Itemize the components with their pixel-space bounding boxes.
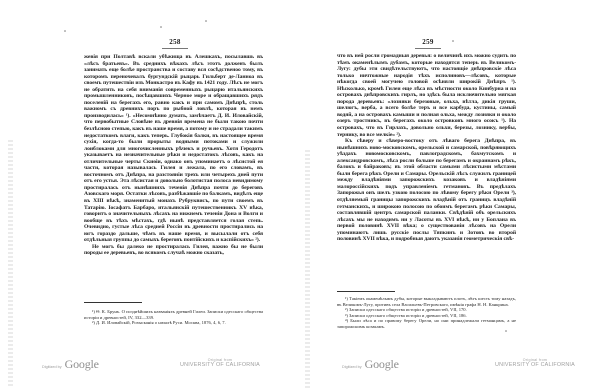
page-number-rule: [162, 48, 188, 49]
google-logo: Google: [65, 357, 99, 372]
scan-speck: [505, 330, 507, 332]
footnote: ¹) Ѳ. К. Брунъ. О поздиѣйшихъ названіяхъ…: [84, 309, 263, 320]
body-text: жевія при Полтавѣ вскали убѣжища въ Алеш…: [84, 54, 263, 292]
footnotes: ¹) Ѳ. К. Брунъ. О поздиѣйшихъ названіяхъ…: [84, 309, 263, 326]
footnote: ²) Д. И. Иловайскій, Розысканія о началѣ…: [84, 320, 263, 326]
scan-speck: [205, 20, 207, 22]
left-page: 258 жевія при Полтавѣ вскали убѣжища въ …: [0, 0, 300, 388]
scan-speck: [160, 26, 162, 28]
scan-speck: [452, 40, 454, 42]
scan-speck: [64, 30, 66, 32]
body-paragraph: Къ сѣверу и сѣверо-востоку отъ лѣваго бе…: [337, 138, 516, 243]
page-number: 259: [413, 38, 443, 46]
body-paragraph: что въ ней росли громадныя деревья: о ве…: [337, 53, 516, 138]
right-page: 259 что въ ней росли громадныя деревья: …: [300, 0, 600, 388]
body-paragraph: Не могъ бы далеко не простиралась Гилея,…: [84, 244, 263, 257]
footnotes: ¹) Такіемъ окаменѣлымъ дубы, которые вык…: [337, 296, 516, 330]
body-paragraph: жевія при Полтавѣ вскали убѣжища въ Алеш…: [84, 54, 263, 244]
google-logo: Google: [365, 357, 399, 372]
page-number: 258: [160, 38, 190, 46]
page-number-rule: [415, 48, 441, 49]
footnote-rule: [84, 302, 142, 303]
digitized-by-google-watermark: Digitized by Google: [42, 357, 99, 372]
digitized-by-google-watermark: Digitized by Google: [342, 357, 399, 372]
footnote: ¹) Такіемъ окаменѣлымъ дубы, которые вык…: [337, 296, 516, 307]
scan-edge-strip: [8, 140, 13, 388]
scan-edge-strip: [305, 150, 310, 388]
original-from-watermark: Original from UNIVERSITY OF CALIFORNIA: [170, 358, 270, 368]
original-from-watermark: Original from UNIVERSITY OF CALIFORNIA: [485, 358, 585, 368]
body-text: что въ ней росли громадныя деревья: о ве…: [337, 53, 516, 287]
footnote-rule: [337, 291, 395, 292]
footnote: ⁴) Были лѣса и по правому берегу Орели, …: [337, 318, 516, 329]
